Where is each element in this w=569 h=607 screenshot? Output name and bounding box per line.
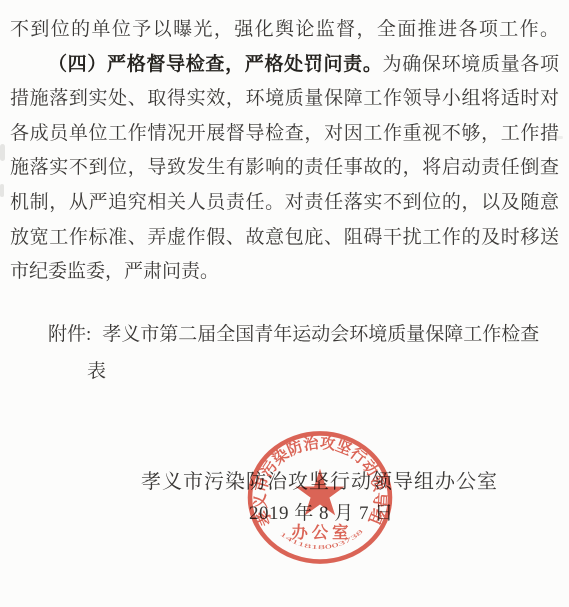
seal-star-icon xyxy=(295,469,344,516)
body-line-2: （四）严格督导检查，严格处罚问责。为确保环境质量各项 xyxy=(10,48,559,83)
body-line-6: 机制，从严追究相关人员责任。对责任落实不到位的，以及随意 xyxy=(10,186,559,221)
attachment-line-1: 附件:孝义市第二届全国青年运动会环境质量保障工作检查 xyxy=(48,322,553,348)
attachment-section: 附件:孝义市第二届全国青年运动会环境质量保障工作检查 表 xyxy=(48,322,553,385)
scan-artifact xyxy=(0,144,5,161)
scan-artifact xyxy=(0,184,4,197)
official-seal: 孝义市污染防治攻坚行动领导组 办公室 1411818003738 xyxy=(243,429,397,566)
scanned-document-page: 不到位的单位予以曝光，强化舆论监督，全面推进各项工作。 （四）严格督导检查，严格… xyxy=(0,0,569,607)
body-line-1: 不到位的单位予以曝光，强化舆论监督，全面推进各项工作。 xyxy=(10,13,559,48)
body-line-7: 放宽工作标准、弄虚作假、故意包庇、阻碍干扰工作的及时移送 xyxy=(10,221,559,256)
body-line-4: 各成员单位工作情况开展督导检查，对因工作重视不够，工作措 xyxy=(10,117,559,152)
attachment-title: 孝义市第二届全国青年运动会环境质量保障工作检查 xyxy=(102,324,539,345)
body-line-3: 措施落到实处、取得实效，环境质量保障工作领导小组将适时对 xyxy=(10,82,559,117)
attachment-line-2: 表 xyxy=(87,359,553,385)
body-line-5: 施落实不到位，导致发生有影响的责任事故的，将启动责任倒查 xyxy=(10,151,559,186)
body-line-8: 市纪委监委，严肃问责。 xyxy=(10,255,559,290)
scan-artifact xyxy=(548,136,563,139)
section-heading: （四）严格督导检查，严格处罚问责。 xyxy=(48,54,383,75)
seal-office-text: 办公室 xyxy=(291,523,352,542)
document-body: 不到位的单位予以曝光，强化舆论监督，全面推进各项工作。 （四）严格督导检查，严格… xyxy=(10,13,559,290)
attachment-label: 附件: xyxy=(48,324,91,345)
body-line-2-rest: 为确保环境质量各项 xyxy=(383,54,559,75)
